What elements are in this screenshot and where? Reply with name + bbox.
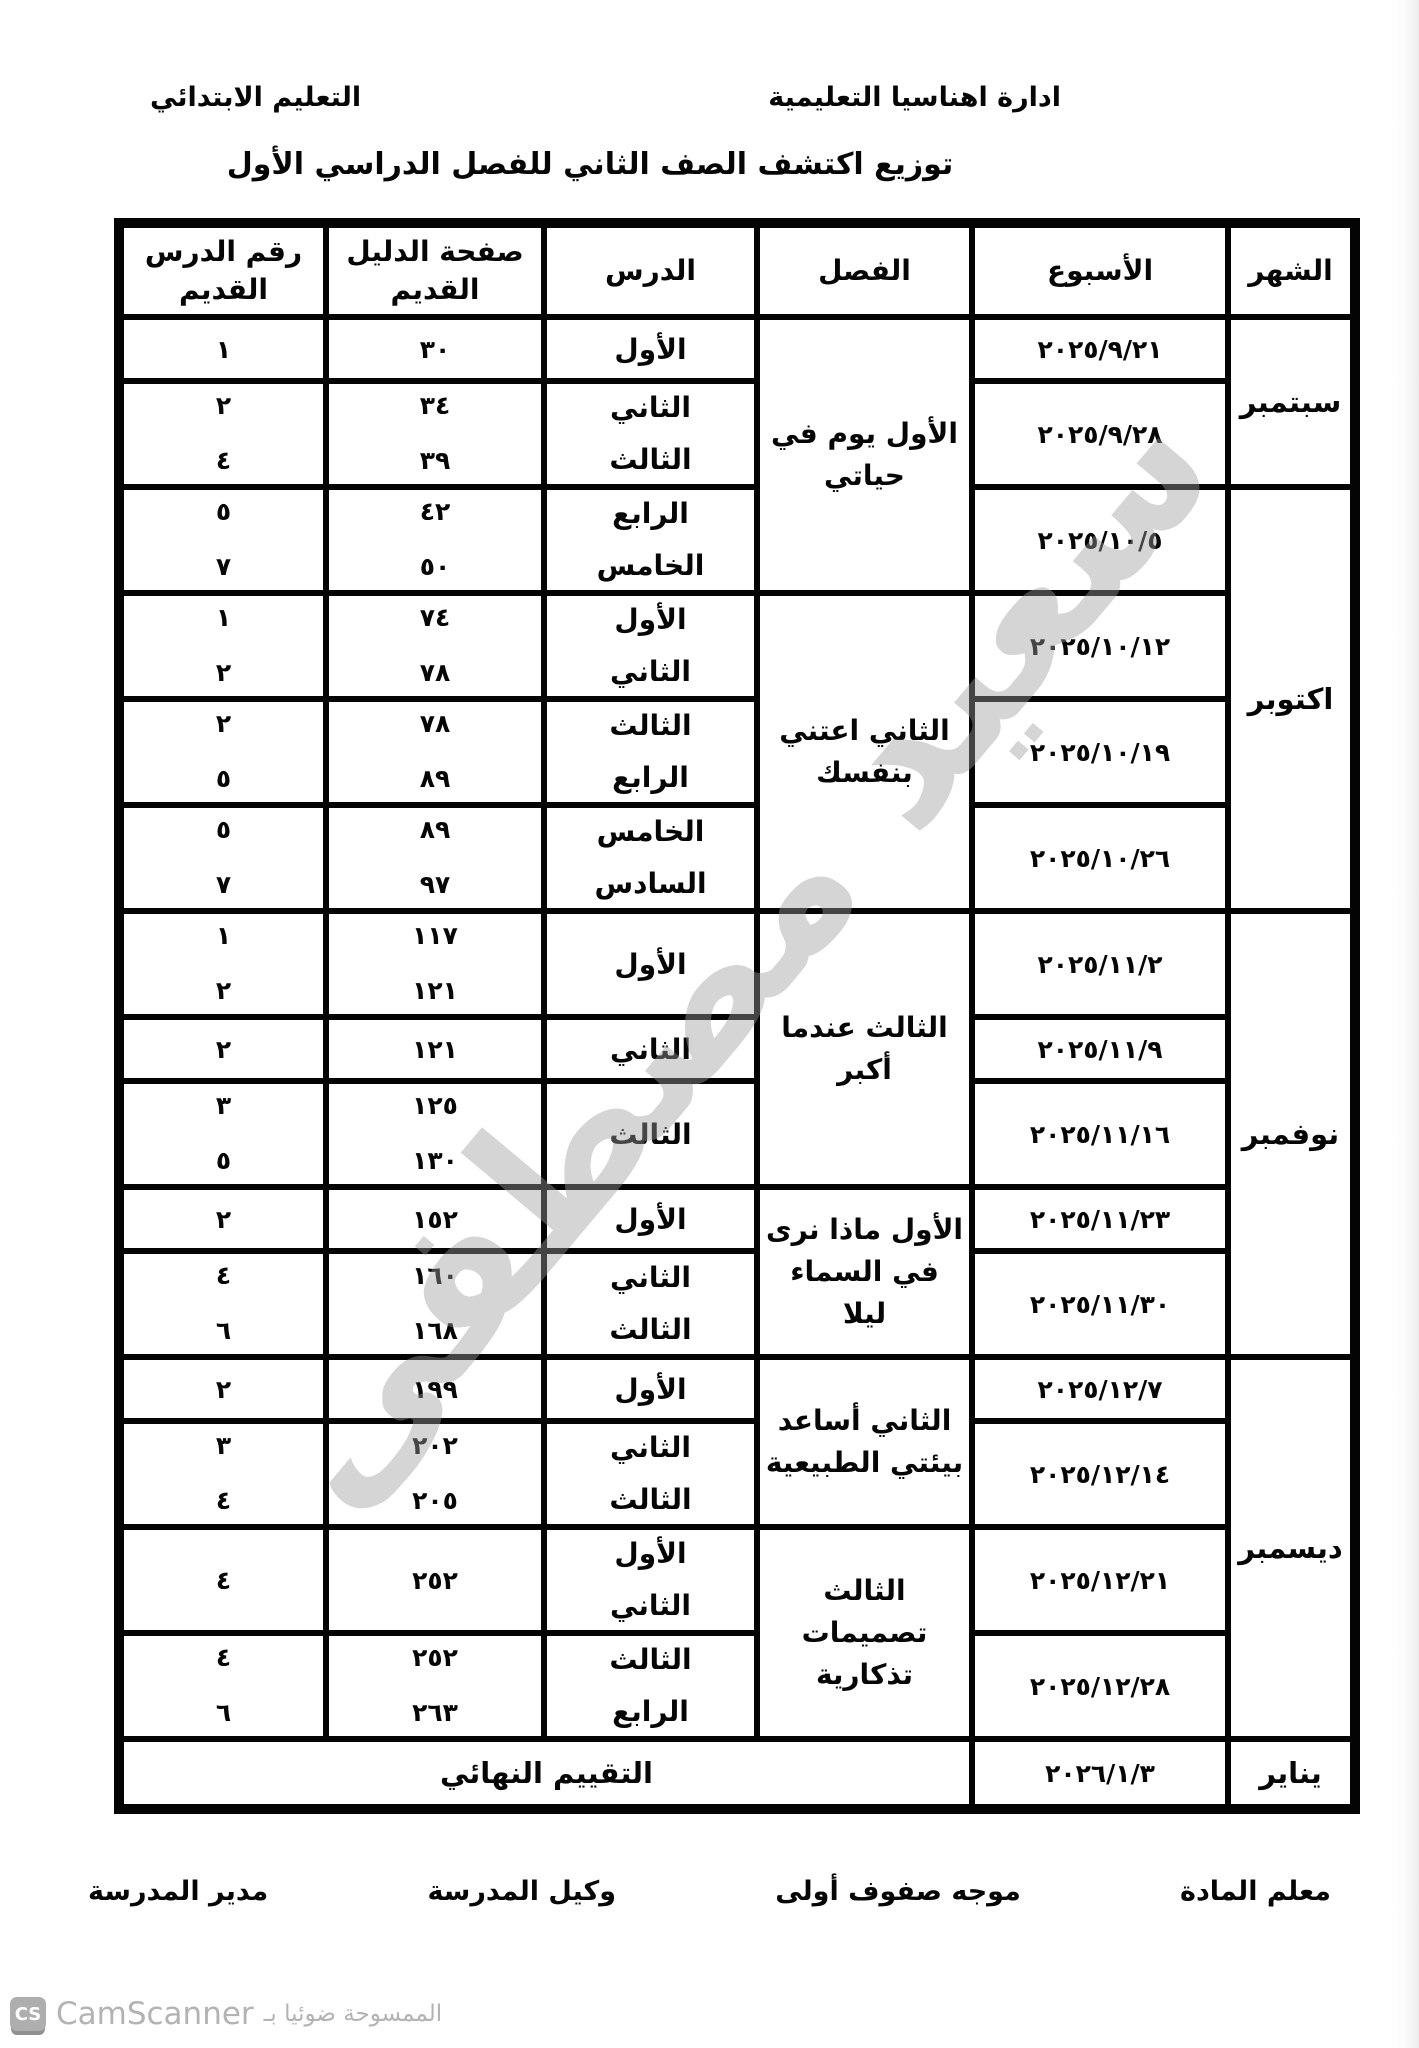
schedule-row: ٢٠٢٥/١١/٩الثاني١٢١٢ (119, 1017, 1355, 1081)
cell-number-value: ٣ (128, 1092, 319, 1121)
cell-number-value: ٥ (128, 816, 319, 845)
week-date: ٢٠٢٥/١١/٣٠ (1030, 1290, 1170, 1319)
cell-lesson-value: الثالث (551, 710, 750, 742)
cell-page-value: ٤٢ (333, 498, 537, 527)
cell-page-value: ١٦٠ (333, 1262, 537, 1291)
cell-number: ١ (119, 317, 326, 381)
cell-week: ٢٠٢٥/١٠/٥ (972, 487, 1228, 593)
cell-chapter: الثاني اعتني بنفسك (757, 593, 972, 911)
lesson-distribution-table: الشهر الأسبوع الفصل الدرس صفحة الدليل ال… (114, 218, 1360, 1814)
week-date: ٢٠٢٥/١٠/٥ (1037, 526, 1162, 555)
schedule-row: نوفمبر٢٠٢٥/١١/٢الثالث عندما أكبرالأول١١٧… (119, 911, 1355, 1017)
cell-number: ٣٤ (119, 1421, 326, 1527)
cell-page-stack: ١٢٥١٣٠ (333, 1090, 537, 1178)
cell-week: ٢٠٢٥/١١/٣٠ (972, 1251, 1228, 1357)
cell-number-stack: ٤٦ (128, 1642, 319, 1730)
week-date: ٢٠٢٥/١٢/٢٨ (1030, 1672, 1170, 1701)
schedule-row: ديسمبر٢٠٢٥/١٢/٧الثاني أساعد بيئتي الطبيع… (119, 1357, 1355, 1421)
cell-lesson: الثالث (544, 1081, 757, 1187)
cell-number-value: ٢ (128, 659, 319, 688)
cell-week: ٢٠٢٥/٩/٢١ (972, 317, 1228, 381)
cell-number-value: ٤ (128, 1644, 319, 1673)
education-directorate-label: ادارة اهناسيا التعليمية (768, 82, 1061, 113)
cell-lesson: الأولالثاني (544, 593, 757, 699)
cell-page-value: ٧٤ (333, 604, 537, 633)
cell-number-stack: ٢٥ (128, 708, 319, 796)
cell-week: ٢٠٢٦/١/٣ (972, 1739, 1228, 1809)
cell-month: يناير (1228, 1739, 1355, 1809)
cell-number-stack: ٥٧ (128, 814, 319, 902)
cell-month: نوفمبر (1228, 911, 1355, 1357)
cell-lesson-value: الأول (551, 1538, 750, 1570)
cell-lesson-value: الخامس (551, 816, 750, 848)
schedule-row: ٢٠٢٥/١٠/١٩الثالثالرابع٧٨٨٩٢٥ (119, 699, 1355, 805)
camscanner-brand: CamScanner (56, 1996, 254, 2032)
week-date: ٢٠٢٥/١١/٢٣ (1030, 1205, 1170, 1234)
cell-number: ٣٥ (119, 1081, 326, 1187)
cell-page: ٢٥٢٢٦٣ (326, 1633, 544, 1739)
col-header-week: الأسبوع (972, 223, 1228, 317)
cell-lesson: الأول (544, 1187, 757, 1251)
week-date: ٢٠٢٥/١٠/١٩ (1030, 738, 1170, 767)
cell-chapter: الثالث تصميمات تذكارية (757, 1527, 972, 1739)
cell-number-stack: ٢٤ (128, 390, 319, 478)
cell-lesson-value: الثالث (551, 1314, 750, 1346)
cell-week: ٢٠٢٥/١٢/٢٨ (972, 1633, 1228, 1739)
cell-page-value: ٣٩ (333, 447, 537, 476)
cell-page-value: ٥٠ (333, 553, 537, 582)
cell-page: ١٢١ (326, 1017, 544, 1081)
table-header: الشهر الأسبوع الفصل الدرس صفحة الدليل ال… (119, 223, 1355, 317)
school-principal-label: مدير المدرسة (88, 1876, 268, 1907)
col-header-old-lesson-number: رقم الدرس القديم (119, 223, 326, 317)
cell-page-value: ٢٠٢ (333, 1432, 537, 1461)
cell-page: ٣٠ (326, 317, 544, 381)
week-date: ٢٠٢٥/١١/٢ (1037, 950, 1162, 979)
schedule-row: ٢٠٢٥/١١/٢٣الأول ماذا نرى في السماء ليلاا… (119, 1187, 1355, 1251)
cell-week: ٢٠٢٥/١٢/٧ (972, 1357, 1228, 1421)
schedule-row: سبتمبر٢٠٢٥/٩/٢١الأول يوم في حياتيالأول٣٠… (119, 317, 1355, 381)
scanned-document-page: ادارة اهناسيا التعليمية التعليم الابتدائ… (0, 0, 1419, 2048)
cell-number-value: ٦ (128, 1699, 319, 1728)
cell-page-value: ١٢٥ (333, 1092, 537, 1121)
cell-page-value: ١٦٨ (333, 1317, 537, 1346)
schedule-table-wrap: الشهر الأسبوع الفصل الدرس صفحة الدليل ال… (114, 218, 1350, 1814)
cell-page-value: ٣٤ (333, 392, 537, 421)
cell-lesson-stack: الأولالثاني (551, 1536, 750, 1624)
cell-number-value: ٤ (128, 447, 319, 476)
cell-lesson-value: الأول (551, 604, 750, 636)
cell-lesson: الأولالثاني (544, 1527, 757, 1633)
week-date: ٢٠٢٥/١٢/١٤ (1030, 1460, 1170, 1489)
cell-page-stack: ١١٧١٢١ (333, 920, 537, 1008)
cell-lesson-stack: الثانيالثالث (551, 1430, 750, 1518)
cell-lesson-value: الثاني (551, 656, 750, 688)
col-header-old-guide-page: صفحة الدليل القديم (326, 223, 544, 317)
cell-number-value: ١ (128, 922, 319, 951)
cell-lesson: الثانيالثالث (544, 1251, 757, 1357)
cell-number-value: ١ (128, 604, 319, 633)
cell-page: ١٦٠١٦٨ (326, 1251, 544, 1357)
subject-teacher-label: معلم المادة (1180, 1876, 1331, 1907)
cell-lesson-value: الرابع (551, 1696, 750, 1728)
cell-month: اكتوبر (1228, 487, 1355, 911)
cell-week: ٢٠٢٥/١١/٢٣ (972, 1187, 1228, 1251)
schedule-row: ٢٠٢٥/١٠/١٢الثاني اعتني بنفسكالأولالثاني٧… (119, 593, 1355, 699)
cell-page-value: ٨٩ (333, 816, 537, 845)
cell-number-stack: ٣٥ (128, 1090, 319, 1178)
cell-page-value: ١٣٠ (333, 1147, 537, 1176)
cell-number: ٥٧ (119, 805, 326, 911)
week-date: ٢٠٢٥/٩/٢٨ (1037, 420, 1162, 449)
cell-lesson: الثالثالرابع (544, 699, 757, 805)
cell-page: ٤٢٥٠ (326, 487, 544, 593)
cell-number-stack: ٥٧ (128, 496, 319, 584)
week-date: ٢٠٢٥/١٠/١٢ (1030, 632, 1170, 661)
week-date: ٢٠٢٥/١٠/٢٦ (1030, 844, 1170, 873)
cell-lesson-stack: الثالثالرابع (551, 708, 750, 796)
cell-lesson-value: الرابع (551, 498, 750, 530)
cell-lesson-stack: الثانيالثالث (551, 1260, 750, 1348)
col-header-chapter: الفصل (757, 223, 972, 317)
cell-page-value: ٨٩ (333, 765, 537, 794)
cell-month: سبتمبر (1228, 317, 1355, 487)
cell-page-stack: ٧٨٨٩ (333, 708, 537, 796)
cell-page-value: ٧٨ (333, 710, 537, 739)
cell-number-value: ٥ (128, 1147, 319, 1176)
cell-page: ١٥٢ (326, 1187, 544, 1251)
cell-number-value: ٢ (128, 710, 319, 739)
cell-number: ٤ (119, 1527, 326, 1633)
cell-week: ٢٠٢٥/١٢/٢١ (972, 1527, 1228, 1633)
cell-number-value: ٣ (128, 1432, 319, 1461)
cell-lesson-stack: الخامسالسادس (551, 814, 750, 902)
cell-lesson: الأول (544, 317, 757, 381)
cell-number: ٢ (119, 1017, 326, 1081)
page-title: توزيع اكتشف الصف الثاني للفصل الدراسي ال… (0, 147, 1180, 182)
final-evaluation-row: يناير٢٠٢٦/١/٣التقييم النهائي (119, 1739, 1355, 1809)
cell-lesson-stack: الرابعالخامس (551, 496, 750, 584)
cell-lesson: الرابعالخامس (544, 487, 757, 593)
cell-chapter: الثاني أساعد بيئتي الطبيعية (757, 1357, 972, 1527)
cell-page: ٢٥٢ (326, 1527, 544, 1633)
cell-week: ٢٠٢٥/١٠/٢٦ (972, 805, 1228, 911)
cell-lesson: الأول (544, 1357, 757, 1421)
schedule-row: ٢٠٢٥/٩/٢٨الثانيالثالث٣٤٣٩٢٤ (119, 381, 1355, 487)
cell-week: ٢٠٢٥/١٠/١٩ (972, 699, 1228, 805)
cell-page-stack: ٢٥٢٢٦٣ (333, 1642, 537, 1730)
cell-number: ٤٦ (119, 1633, 326, 1739)
cell-number-stack: ٣٤ (128, 1430, 319, 1518)
cell-number-value: ٧ (128, 871, 319, 900)
cell-week: ٢٠٢٥/١١/١٦ (972, 1081, 1228, 1187)
doc-header: ادارة اهناسيا التعليمية التعليم الابتدائ… (0, 0, 1419, 113)
cell-lesson-value: الخامس (551, 550, 750, 582)
primary-education-label: التعليم الابتدائي (150, 82, 361, 113)
cell-lesson-value: الثالث (551, 1484, 750, 1516)
cell-lesson-stack: الأولالثاني (551, 602, 750, 690)
cell-page-value: ٩٧ (333, 871, 537, 900)
schedule-row: ٢٠٢٥/١٢/٢٨الثالثالرابع٢٥٢٢٦٣٤٦ (119, 1633, 1355, 1739)
cell-number: ٢ (119, 1357, 326, 1421)
cell-lesson-value: الثاني (551, 1590, 750, 1622)
cell-lesson-value: الرابع (551, 762, 750, 794)
cell-page: ١٩٩ (326, 1357, 544, 1421)
cell-number-stack: ٤٦ (128, 1260, 319, 1348)
cell-page: ٧٤٧٨ (326, 593, 544, 699)
cell-lesson-value: الثالث (551, 444, 750, 476)
cell-lesson-value: الثالث (551, 1644, 750, 1676)
signature-titles-row: معلم المادة موجه صفوف أولى وكيل المدرسة … (0, 1876, 1419, 1907)
cell-page-stack: ٨٩٩٧ (333, 814, 537, 902)
header-row: الشهر الأسبوع الفصل الدرس صفحة الدليل ال… (119, 223, 1355, 317)
cell-number-value: ٤ (128, 1262, 319, 1291)
cell-number-value: ٦ (128, 1317, 319, 1346)
week-date: ٢٠٢٦/١/٣ (1045, 1759, 1155, 1788)
cell-number-value: ٤ (128, 1487, 319, 1516)
week-date: ٢٠٢٥/١١/٩ (1037, 1035, 1162, 1064)
cell-page-stack: ٢٠٢٢٠٥ (333, 1430, 537, 1518)
schedule-row: ٢٠٢٥/١١/١٦الثالث١٢٥١٣٠٣٥ (119, 1081, 1355, 1187)
school-deputy-label: وكيل المدرسة (427, 1876, 616, 1907)
cell-number-value: ٥ (128, 765, 319, 794)
cell-page-stack: ٧٤٧٨ (333, 602, 537, 690)
cell-number: ٢٥ (119, 699, 326, 805)
cell-week: ٢٠٢٥/٩/٢٨ (972, 381, 1228, 487)
cell-page: ٧٨٨٩ (326, 699, 544, 805)
cell-page-value: ١١٧ (333, 922, 537, 951)
cell-page: ٣٤٣٩ (326, 381, 544, 487)
cell-number: ٥٧ (119, 487, 326, 593)
schedule-row: ٢٠٢٥/١٢/٢١الثالث تصميمات تذكاريةالأولالث… (119, 1527, 1355, 1633)
cell-number: ٢٤ (119, 381, 326, 487)
cell-lesson: الثانيالثالث (544, 1421, 757, 1527)
schedule-row: ٢٠٢٥/١١/٣٠الثانيالثالث١٦٠١٦٨٤٦ (119, 1251, 1355, 1357)
camscanner-scan-note: الممسوحة ضوئيا بـ (264, 2001, 442, 2027)
schedule-row: ٢٠٢٥/١٠/٢٦الخامسالسادس٨٩٩٧٥٧ (119, 805, 1355, 911)
cell-lesson: الثالثالرابع (544, 1633, 757, 1739)
final-evaluation-cell: التقييم النهائي (119, 1739, 972, 1809)
cell-month: ديسمبر (1228, 1357, 1355, 1739)
cell-lesson-value: الثاني (551, 1432, 750, 1464)
cell-page-value: ٢٦٣ (333, 1699, 537, 1728)
cell-number-value: ٥ (128, 498, 319, 527)
cell-lesson-value: الثاني (551, 392, 750, 424)
first-grades-supervisor-label: موجه صفوف أولى (775, 1876, 1021, 1907)
col-header-month: الشهر (1228, 223, 1355, 317)
cell-chapter: الأول يوم في حياتي (757, 317, 972, 593)
schedule-row: ٢٠٢٥/١٢/١٤الثانيالثالث٢٠٢٢٠٥٣٤ (119, 1421, 1355, 1527)
cell-lesson: الخامسالسادس (544, 805, 757, 911)
schedule-row: اكتوبر٢٠٢٥/١٠/٥الرابعالخامس٤٢٥٠٥٧ (119, 487, 1355, 593)
cell-number-value: ٢ (128, 977, 319, 1006)
cell-week: ٢٠٢٥/١١/٩ (972, 1017, 1228, 1081)
cell-page: ٨٩٩٧ (326, 805, 544, 911)
col-header-lesson: الدرس (544, 223, 757, 317)
cell-page-stack: ١٦٠١٦٨ (333, 1260, 537, 1348)
week-date: ٢٠٢٥/١٢/٧ (1037, 1375, 1162, 1404)
table-body: سبتمبر٢٠٢٥/٩/٢١الأول يوم في حياتيالأول٣٠… (119, 317, 1355, 1809)
cell-number-stack: ١٢ (128, 602, 319, 690)
cell-week: ٢٠٢٥/١١/٢ (972, 911, 1228, 1017)
cell-page: ٢٠٢٢٠٥ (326, 1421, 544, 1527)
cell-lesson-value: الثاني (551, 1262, 750, 1294)
cell-number: ١٢ (119, 593, 326, 699)
cell-lesson: الثانيالثالث (544, 381, 757, 487)
cell-week: ٢٠٢٥/١٠/١٢ (972, 593, 1228, 699)
cell-page-value: ٧٨ (333, 659, 537, 688)
cell-page: ١١٧١٢١ (326, 911, 544, 1017)
camscanner-footer: CS CamScanner الممسوحة ضوئيا بـ (10, 1996, 442, 2032)
camscanner-logo-icon: CS (10, 1997, 46, 2031)
cell-page-value: ٢٥٢ (333, 1644, 537, 1673)
cell-lesson-stack: الثالثالرابع (551, 1642, 750, 1730)
cell-chapter: الأول ماذا نرى في السماء ليلا (757, 1187, 972, 1357)
cell-number-value: ٢ (128, 392, 319, 421)
cell-lesson-value: السادس (551, 868, 750, 900)
cell-page: ١٢٥١٣٠ (326, 1081, 544, 1187)
cell-week: ٢٠٢٥/١٢/١٤ (972, 1421, 1228, 1527)
week-date: ٢٠٢٥/١١/١٦ (1030, 1120, 1170, 1149)
cell-page-stack: ٤٢٥٠ (333, 496, 537, 584)
week-date: ٢٠٢٥/٩/٢١ (1037, 335, 1162, 364)
cell-number: ١٢ (119, 911, 326, 1017)
cell-number-stack: ١٢ (128, 920, 319, 1008)
cell-page-stack: ٣٤٣٩ (333, 390, 537, 478)
cell-lesson: الثاني (544, 1017, 757, 1081)
cell-number: ٤٦ (119, 1251, 326, 1357)
cell-chapter: الثالث عندما أكبر (757, 911, 972, 1187)
cell-number-value: ٧ (128, 553, 319, 582)
cell-page-value: ١٢١ (333, 977, 537, 1006)
cell-number: ٢ (119, 1187, 326, 1251)
cell-page-value: ٢٠٥ (333, 1487, 537, 1516)
week-date: ٢٠٢٥/١٢/٢١ (1030, 1566, 1170, 1595)
cell-lesson-stack: الثانيالثالث (551, 390, 750, 478)
cell-lesson: الأول (544, 911, 757, 1017)
